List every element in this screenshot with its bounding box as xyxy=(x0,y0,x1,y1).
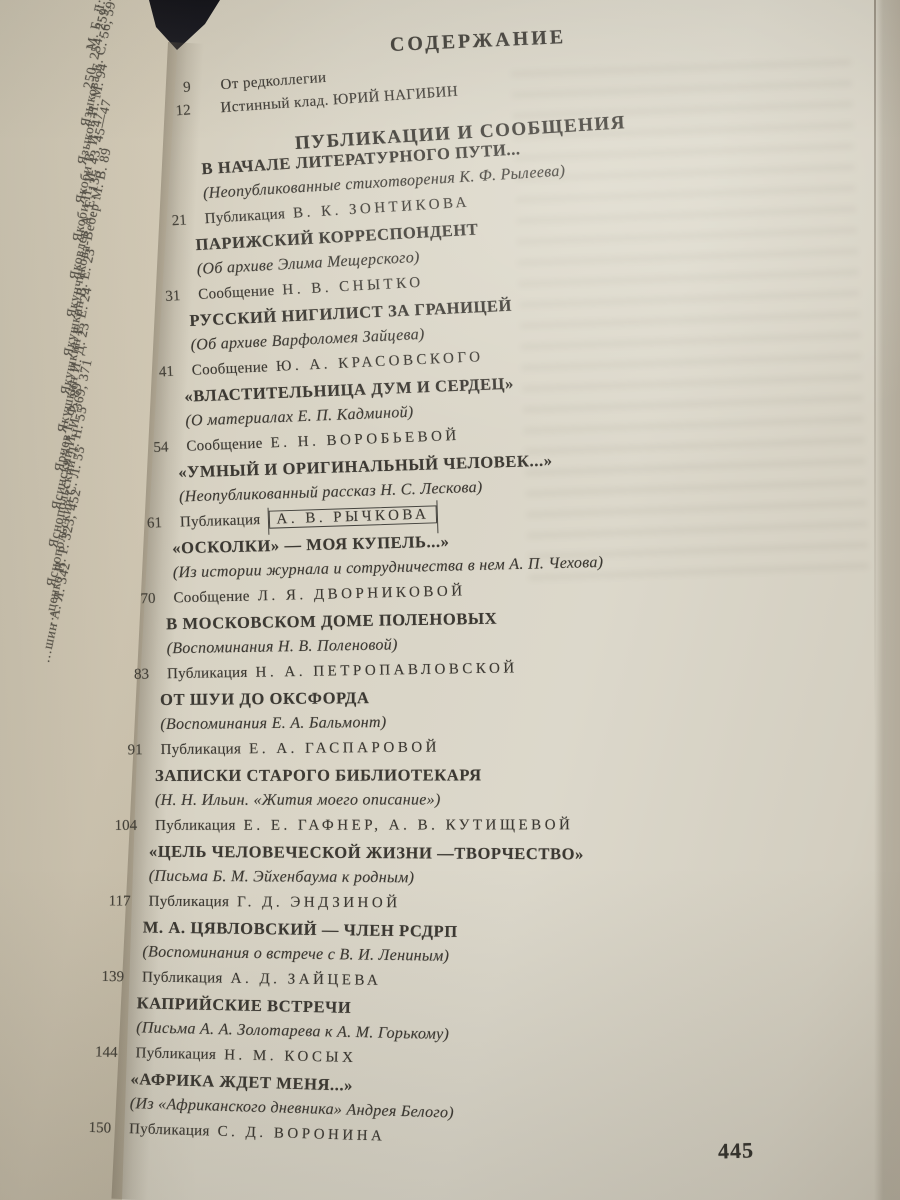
num-spacer xyxy=(61,629,167,631)
num-spacer xyxy=(31,1006,137,1008)
toc-entry: В МОСКОВСКОМ ДОМЕ ПОЛЕНОВЫХ (Воспоминани… xyxy=(60,600,812,688)
entry-page-number: 139 xyxy=(36,964,142,990)
num-spacer xyxy=(36,955,142,956)
entry-page-number: 144 xyxy=(30,1039,137,1066)
num-spacer xyxy=(55,705,161,706)
toc-entry: ОТ ШУИ ДО ОКСФОРДА (Воспоминания Е. А. Б… xyxy=(54,681,811,763)
num-spacer xyxy=(43,856,149,857)
entry-credit: ПубликацияГ. Д. ЭНДЗИНОЙ xyxy=(148,889,400,917)
credit-name: С. Д. ВОРОНИНА xyxy=(218,1124,386,1145)
num-spacer xyxy=(78,402,184,406)
num-spacer xyxy=(90,250,196,256)
entry-title: ЗАПИСКИ СТАРОГО БИБЛИОТЕКАРЯ xyxy=(155,762,482,787)
entry-page-number: 117 xyxy=(42,889,148,915)
num-spacer xyxy=(55,729,161,730)
num-spacer xyxy=(73,502,179,505)
page-edge xyxy=(874,0,900,1200)
credit-label: Публикация xyxy=(155,818,236,834)
credit-label: Публикация xyxy=(161,741,242,758)
entry-credit: ПубликацияА. Д. ЗАЙЦЕВА xyxy=(142,964,382,993)
num-spacer xyxy=(30,1030,136,1032)
entry-page-number: 150 xyxy=(23,1114,130,1142)
num-spacer xyxy=(66,553,172,556)
credit-label: Сообщение xyxy=(173,589,250,607)
credit-name: Ю. А. КРАСОВСКОГО xyxy=(276,349,484,375)
entry-subtitle: (Письма Б. М. Эйхенбаума к родным) xyxy=(148,864,414,891)
credit-label: Публикация xyxy=(167,665,248,682)
credit-name: Е. Е. ГАФНЕР, А. В. КУТИЩЕВОЙ xyxy=(243,817,573,833)
num-spacer xyxy=(92,274,198,280)
toc-entry: М. А. ЦЯВЛОВСКИЙ — ЧЛЕН РСДРП (Воспомина… xyxy=(36,913,811,999)
entry-subtitle: (Воспоминания Е. А. Бальмонт) xyxy=(161,710,387,737)
credit-name: Л. Я. ДВОРНИКОВОЙ xyxy=(258,583,466,604)
credit-label: Сообщение xyxy=(186,436,263,455)
entry-credit-line: 104 ПубликацияЕ. Е. ГАФНЕР, А. В. КУТИЩЕ… xyxy=(49,812,811,838)
credit-label: Публикация xyxy=(129,1121,210,1139)
credit-name: Н. М. КОСЫХ xyxy=(224,1047,357,1066)
credit-label: Публикация xyxy=(148,894,229,911)
num-spacer xyxy=(84,326,190,331)
entry-subtitle: (Н. Н. Ильин. «Жития моего описание») xyxy=(155,787,441,812)
num-spacer xyxy=(98,198,204,205)
credit-label: Публикация xyxy=(180,512,261,531)
entry-page-number: 70 xyxy=(67,586,174,614)
credit-name: Е. Н. ВОРОБЬЕВОЙ xyxy=(270,428,460,452)
entry-credit: ПубликацияЕ. А. ГАСПАРОВОЙ xyxy=(161,735,441,764)
toc-entry: «ЦЕЛЬ ЧЕЛОВЕЧЕСКОЙ ЖИЗНИ —ТВОРЧЕСТВО» (П… xyxy=(42,838,811,918)
entry-page-number: 83 xyxy=(61,662,167,689)
folio-page-number: 445 xyxy=(718,1137,755,1164)
entry-title-line: ЗАПИСКИ СТАРОГО БИБЛИОТЕКАРЯ xyxy=(49,762,811,788)
book-photo: …Л. 403, 407, 4…М. Б. Л. 251, 253, 2…250… xyxy=(0,0,900,1200)
entry-subtitle-line: (Н. Н. Ильин. «Жития моего описание») xyxy=(49,787,811,813)
num-spacer xyxy=(25,1081,131,1084)
toc-entry: ЗАПИСКИ СТАРОГО БИБЛИОТЕКАРЯ (Н. Н. Ильи… xyxy=(49,762,811,838)
credit-name: А. В. РЫЧКОВА xyxy=(268,505,437,528)
contents-page: СОДЕРЖАНИЕ 9 От редколлегии 12 Истинный … xyxy=(95,34,811,1138)
entry-page-number: 104 xyxy=(49,814,155,839)
credit-name: Г. Д. ЭНДЗИНОЙ xyxy=(237,894,401,911)
entry-page-number: 91 xyxy=(55,738,161,764)
credit-label: Сообщение xyxy=(192,359,269,379)
num-spacer xyxy=(43,880,149,881)
num-spacer xyxy=(79,426,185,430)
num-spacer xyxy=(61,653,167,655)
credit-label: Публикация xyxy=(142,969,223,986)
credit-label: Публикация xyxy=(136,1045,217,1063)
entry-title: ОТ ШУИ ДО ОКСФОРДА xyxy=(160,685,370,712)
credit-label: Публикация xyxy=(204,206,285,227)
entry-title: «ЦЕЛЬ ЧЕЛОВЕЧЕСКОЙ ЖИЗНИ —ТВОРЧЕСТВО» xyxy=(149,839,584,867)
num-spacer xyxy=(37,931,143,932)
credit-label: Сообщение xyxy=(198,283,275,303)
credit-name: А. Д. ЗАЙЦЕВА xyxy=(231,971,382,989)
entry-subtitle: (Воспоминания Н. В. Поленовой) xyxy=(167,632,398,661)
credit-name: Н. В. СНЫТКО xyxy=(282,275,424,299)
num-spacer xyxy=(24,1105,130,1108)
entry-credit-line: 117 ПубликацияГ. Д. ЭНДЗИНОЙ xyxy=(42,888,810,918)
num-spacer xyxy=(96,174,202,181)
num-spacer xyxy=(72,478,178,481)
num-spacer xyxy=(67,577,173,580)
credit-name: Е. А. ГАСПАРОВОЙ xyxy=(249,739,440,757)
credit-name: Н. А. ПЕТРОПАВЛОВСКОЙ xyxy=(256,660,518,680)
entry-credit: ПубликацияЕ. Е. ГАФНЕР, А. В. КУТИЩЕВОЙ xyxy=(155,812,573,839)
num-spacer xyxy=(85,350,191,355)
entry-credit: ПубликацияН. А. ПЕТРОПАВЛОВСКОЙ xyxy=(167,655,518,687)
